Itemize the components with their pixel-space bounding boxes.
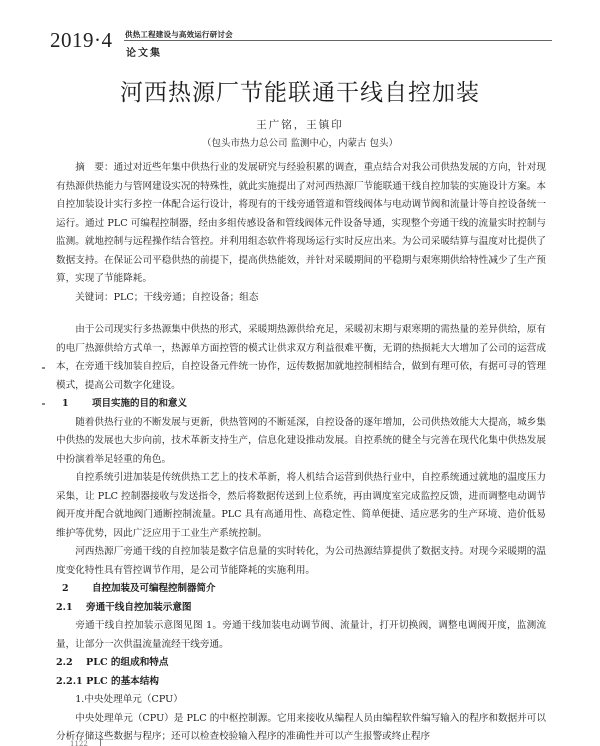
keywords-line: 关键词：PLC；干线旁通；自控设备；组态: [56, 289, 546, 308]
journal-issue: 2019·4: [50, 28, 113, 53]
abstract-paragraph: 摘 要：通过对近些年集中供热行业的发展研究与经验积累的调查，重点结合对我公司供热…: [56, 159, 546, 289]
subsection-title: PLC 的基本结构: [86, 676, 159, 687]
article-title: 河西热源厂节能联通干线自控加装: [0, 74, 600, 107]
section-title: 自控加装及可编程控制器简介: [92, 583, 216, 594]
header-rule: [124, 40, 552, 41]
subsection-title: 旁通干线自控加装示意图: [86, 602, 192, 613]
author-affiliation: （包头市热力总公司 监测中心，内蒙古 包头）: [0, 135, 600, 149]
subsection-2-2-heading: 2.2PLC 的组成和特点: [56, 654, 546, 673]
subsection-number: 2.1: [56, 599, 86, 618]
proceedings-label: 论文集: [126, 44, 162, 59]
subsection-2-1-heading: 2.1旁通干线自控加装示意图: [56, 599, 546, 618]
section-1-paragraph: 自控系统引进加装是传统供热工艺上的技术革新，将人机结合运营到供热行业中，自控系统…: [56, 469, 546, 543]
subsection-number: 2.2.1: [56, 676, 83, 687]
page-number: 1122: [70, 740, 88, 746]
conference-name: 供热工程建设与高效运行研讨会: [125, 29, 233, 40]
list-item-cpu: 1.中央处理单元（CPU）: [56, 691, 546, 710]
section-2-heading: 2自控加装及可编程控制器简介: [56, 580, 546, 599]
abstract-block: 摘 要：通过对近些年集中供热行业的发展研究与经验积累的调查，重点结合对我公司供热…: [56, 159, 546, 307]
subsection-title: PLC 的组成和特点: [86, 657, 169, 668]
keywords-label: 关键词：: [75, 292, 113, 303]
section-1-heading: 1项目实施的目的和意义: [56, 395, 546, 414]
section-1-paragraph: 河西热源厂旁通干线的自控加装是数字信息量的实时转化，为公司热源结算提供了数据支持…: [56, 543, 546, 580]
section-title: 项目实施的目的和意义: [92, 398, 187, 409]
section-number: 1: [56, 395, 92, 414]
section-1-paragraph: 随着供热行业的不断发展与更新，供热管网的不断延深，自控设备的逐年增加，公司供热效…: [56, 414, 546, 470]
subsection-2-2-1-heading: 2.2.1 PLC 的基本结构: [56, 673, 546, 692]
scan-mark: [42, 367, 45, 369]
abstract-text: 通过对近些年集中供热行业的发展研究与经验积累的调查，重点结合对我公司供热发展的方…: [56, 162, 546, 284]
article-authors: 王广铭，王镇印: [0, 117, 600, 132]
abstract-label: 摘 要：: [75, 162, 113, 173]
keywords-text: PLC；干线旁通；自控设备；组态: [114, 292, 259, 303]
footer-divider: [100, 738, 101, 746]
subsection-number: 2.2: [56, 654, 86, 673]
main-body: 由于公司现实行多热源集中供热的形式，采暖期热源供给充足，采暖初末期与艰寒期的需热…: [56, 321, 546, 746]
document-page: 2019·4 供热工程建设与高效运行研讨会 论文集 河西热源厂节能联通干线自控加…: [0, 0, 600, 746]
intro-paragraph: 由于公司现实行多热源集中供热的形式，采暖期热源供给充足，采暖初末期与艰寒期的需热…: [56, 321, 546, 395]
subsection-2-1-paragraph: 旁通干线自控加装示意图见图 1。旁通干线加装电动调节阀、流量计，打开切换阀，调整…: [56, 617, 546, 654]
section-number: 2: [56, 580, 92, 599]
scan-mark: [42, 403, 45, 405]
cpu-paragraph: 中央处理单元（CPU）是 PLC 的中枢控制源。它用来接收从编程人员由编程软件编…: [56, 710, 546, 746]
